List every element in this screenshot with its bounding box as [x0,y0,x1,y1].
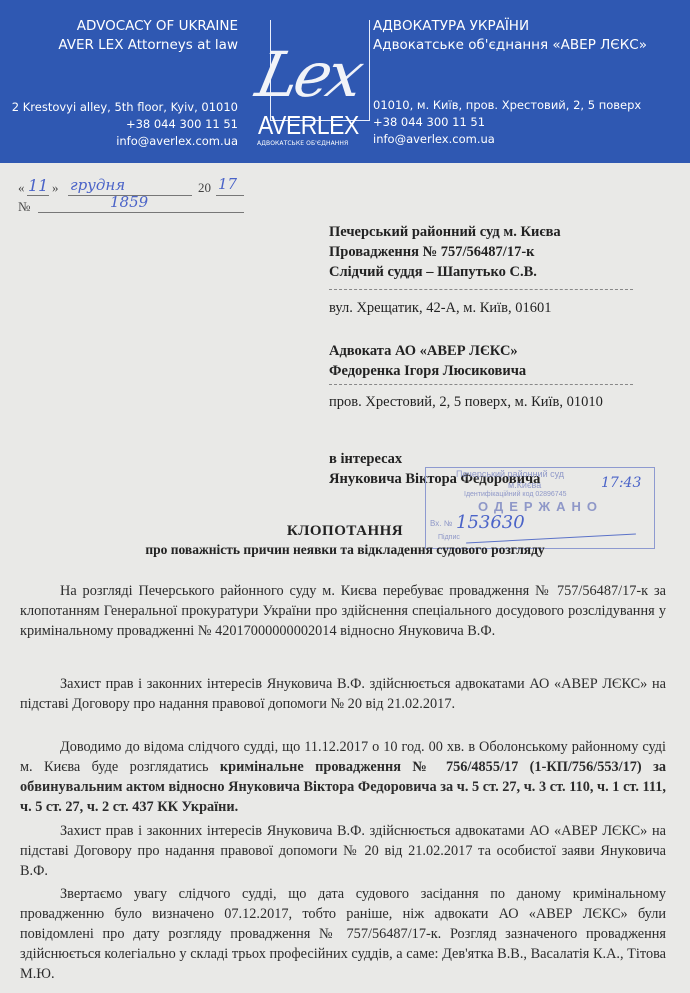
on-behalf-label: в інтересах [329,451,402,467]
addressee-block: Печерський районний суд м. Києва Провадж… [329,222,639,282]
document-subtitle: про поважність причин неявки та відкладе… [0,542,690,558]
date-day: 11 [28,176,48,195]
stamp-time: 17:43 [601,475,641,491]
logo-script: Lex [250,38,366,111]
addressee-case: Провадження № 757/56487/17-к [329,244,535,260]
year-underline [216,195,244,196]
addressee-court: Печерський районний суд м. Києва [329,224,561,240]
date-quote-close: » [52,180,59,196]
paragraph-2: Захист прав і законних інтересів Янукови… [20,674,666,714]
date-year: 17 [218,175,237,193]
letterhead-ua-phone: +38 044 300 11 51 [373,115,485,129]
day-underline [27,195,49,196]
date-quote-open: « [18,180,25,196]
divider [329,289,633,290]
letterhead-ua-line2: Адвокатське об'єднання «АВЕР ЛЄКС» [373,37,647,53]
number-underline [38,212,244,213]
logo-subtitle: АДВОКАТСЬКЕ ОБ'ЄДНАННЯ [257,140,348,147]
paragraph-3: Доводимо до відома слідчого судді, що 11… [20,737,666,817]
stamp-city: м.Києва [508,480,541,490]
sender-block: Адвоката АО «АВЕР ЛЄКС» Федоренка Ігоря … [329,341,639,381]
letterhead-en-line2: AVER LEX Attorneys at law [58,37,238,53]
letterhead-ua-address: 01010, м. Київ, пров. Хрестовий, 2, 5 по… [373,98,641,112]
paragraph-5: Звертаємо увагу слідчого судді, що дата … [20,884,666,984]
sender-address: пров. Хрестовий, 2, 5 поверх, м. Київ, 0… [329,392,633,412]
addressee-judge: Слідчий суддя – Шапутько С.В. [329,264,537,280]
date-month: грудня [70,176,125,194]
outgoing-number: 1859 [110,193,148,211]
logo-wordmark: AVERLEX [258,110,359,141]
document-title: КЛОПОТАННЯ [0,523,690,540]
letterhead-en-phone: +38 044 300 11 51 [126,117,238,131]
addressee-address: вул. Хрещатик, 42-А, м. Київ, 01601 [329,298,639,318]
number-label: № [18,199,30,215]
stamp-code: Ідентифікаційний код 02896745 [464,491,567,498]
letterhead: ADVOCACY OF UKRAINE AVER LEX Attorneys a… [0,0,690,163]
letterhead-en-line1: ADVOCACY OF UKRAINE [77,18,238,34]
stamp-court: Печерський районний суд [456,469,564,479]
date-year-prefix: 20 [198,180,211,196]
paragraph-4: Захист прав і законних інтересів Янукови… [20,821,666,881]
paragraph-1: На розгляді Печерського районного суду м… [20,581,666,641]
letterhead-ua-line1: АДВОКАТУРА УКРАЇНИ [373,18,529,34]
letterhead-en-email: info@averlex.com.ua [116,134,238,148]
sender-line1: Адвоката АО «АВЕР ЛЄКС» [329,343,518,359]
letterhead-ua-email: info@averlex.com.ua [373,132,495,146]
letterhead-en-address: 2 Krestovyi alley, 5th floor, Kyiv, 0101… [12,100,238,114]
divider [329,384,633,385]
sender-line2: Федоренка Ігоря Люсиковича [329,363,526,379]
